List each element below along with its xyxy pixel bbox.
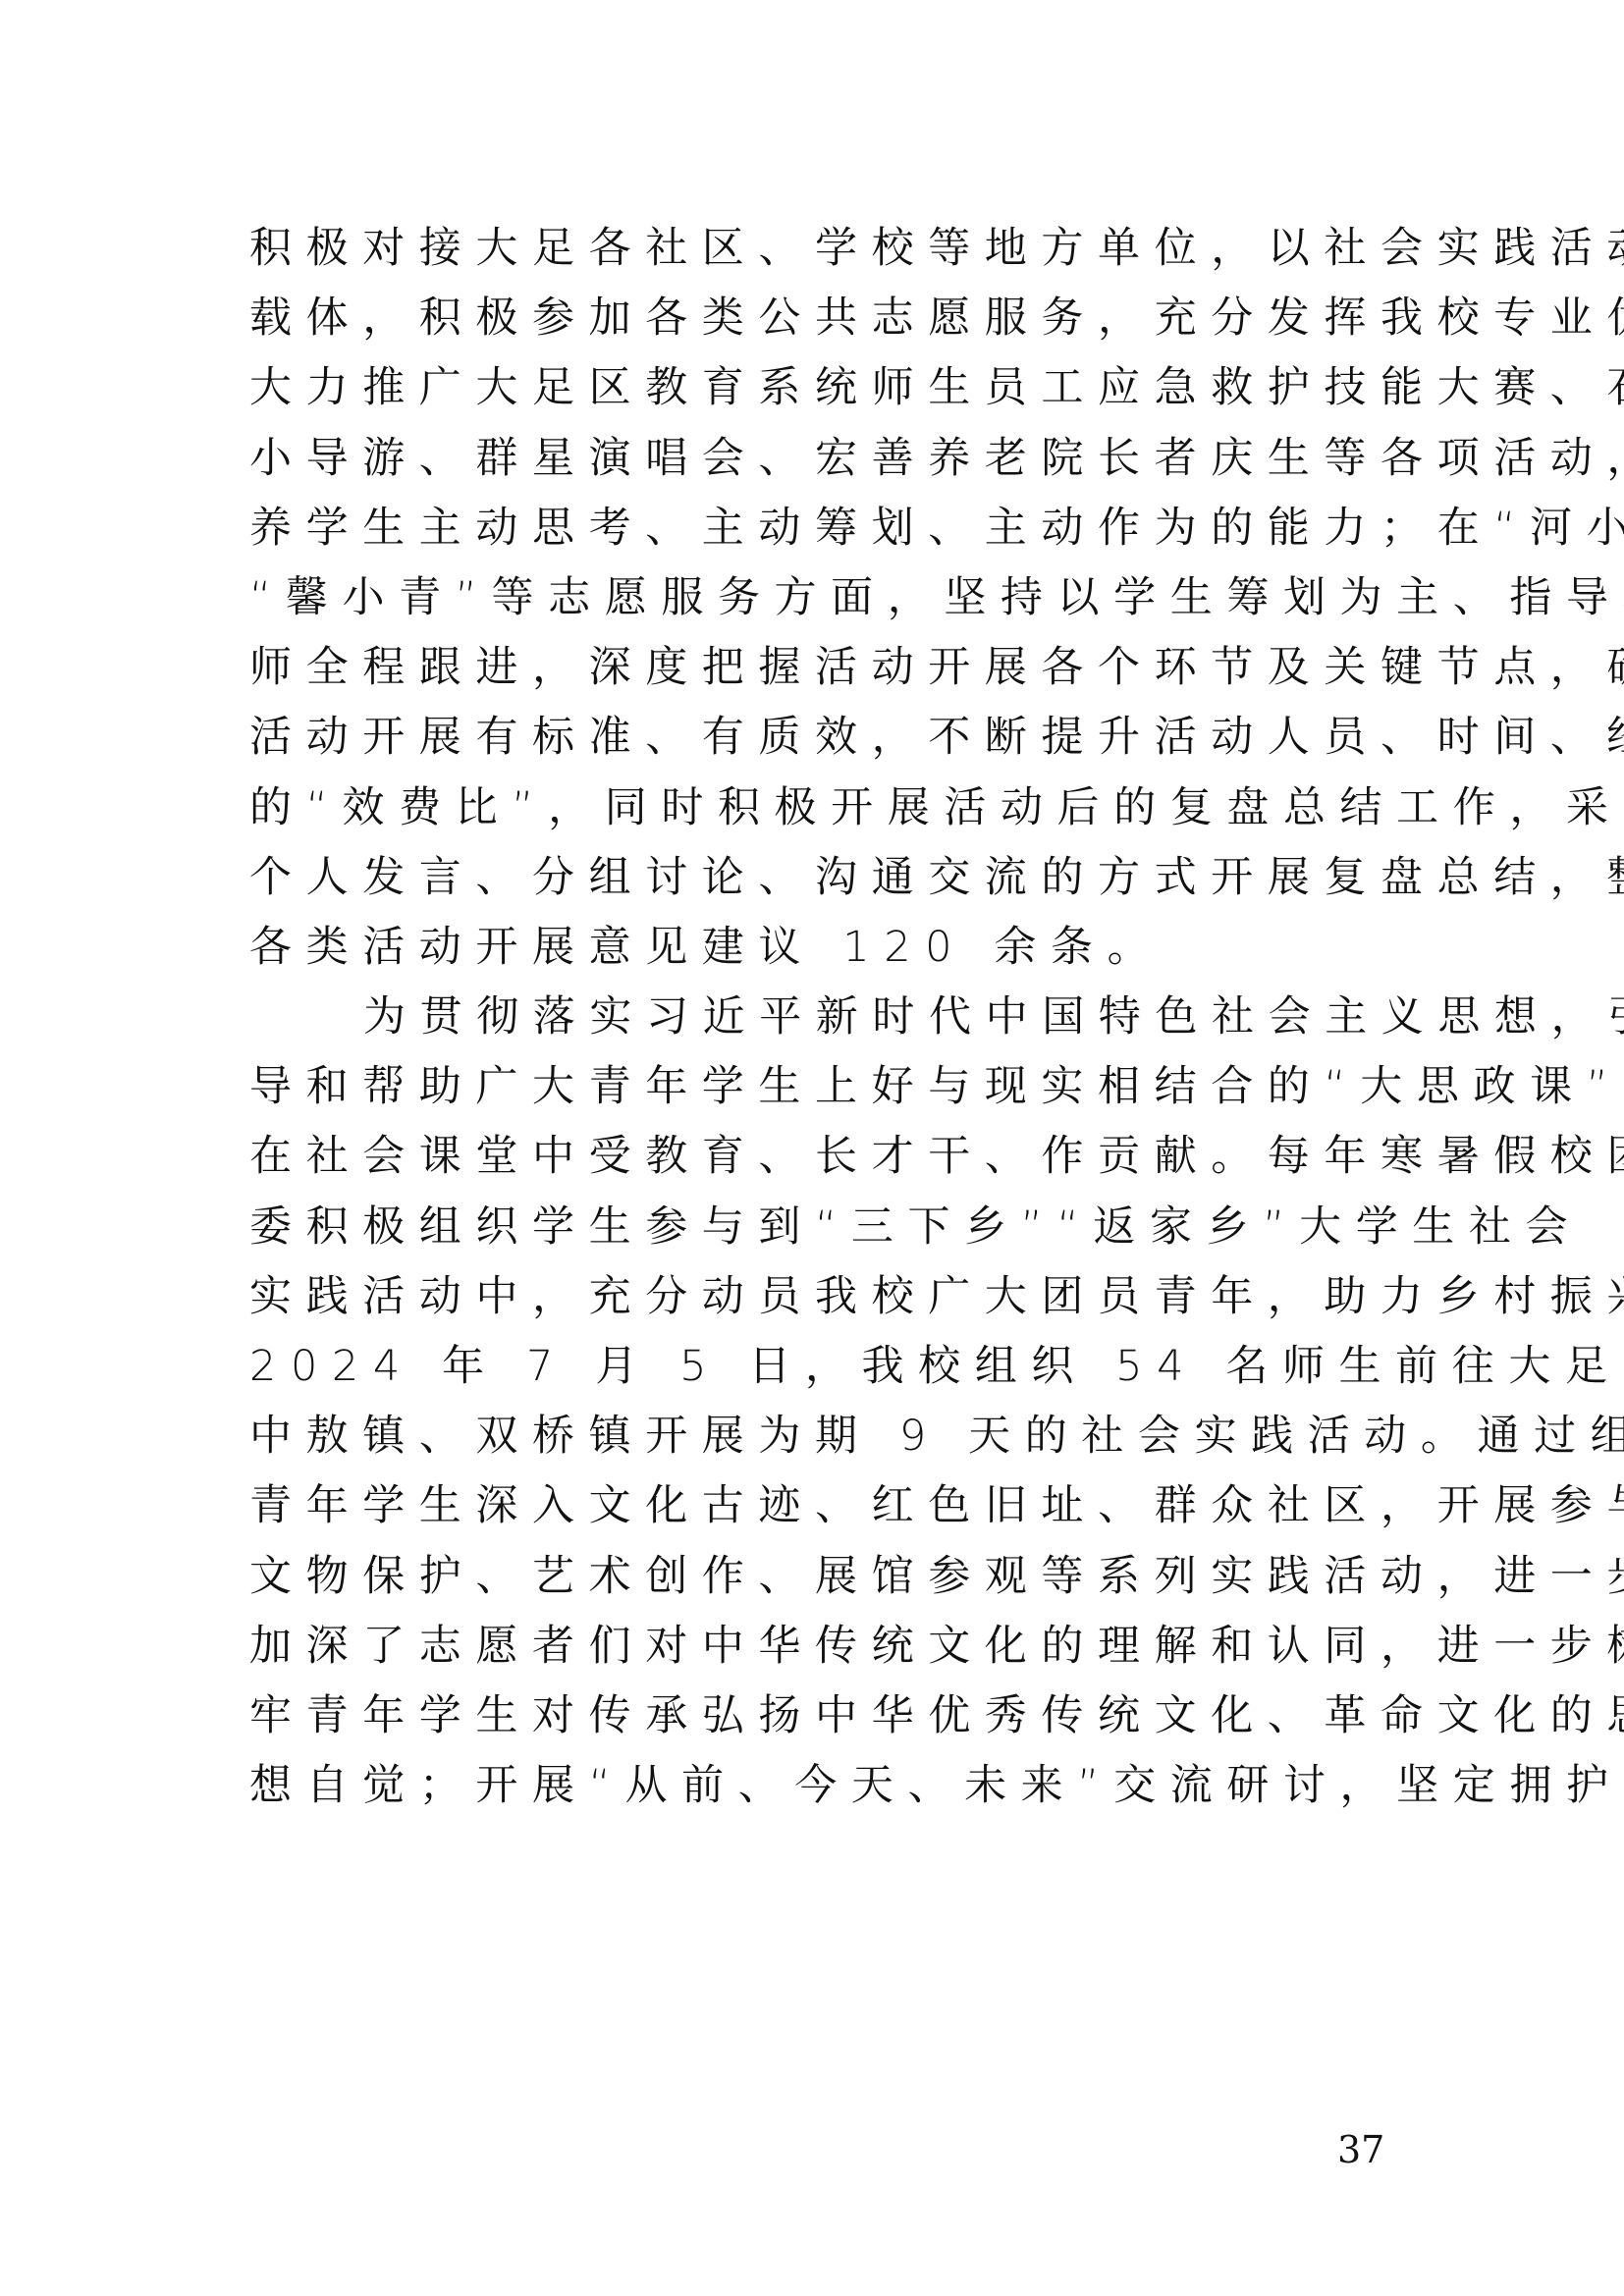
- text-line: “馨小青”等志愿服务方面，坚持以学生筹划为主、指导老: [249, 563, 1390, 633]
- text-line: 小导游、群星演唱会、宏善养老院长者庆生等各项活动，培: [249, 424, 1390, 494]
- body-text: 积极对接大足各社区、学校等地方单位，以社会实践活动为 载体，积极参加各类公共志愿…: [249, 214, 1390, 1821]
- paragraph-2: 为贯彻落实习近平新时代中国特色社会主义思想，引 导和帮助广大青年学生上好与现实相…: [249, 983, 1390, 1821]
- text-line: 载体，积极参加各类公共志愿服务，充分发挥我校专业优势，: [249, 284, 1390, 353]
- text-line: 的“效费比”，同时积极开展活动后的复盘总结工作，采取: [249, 774, 1390, 843]
- text-line: 加深了志愿者们对中华传统文化的理解和认同，进一步树: [249, 1612, 1390, 1682]
- text-line: 在社会课堂中受教育、长才干、作贡献。每年寒暑假校团: [249, 1122, 1390, 1192]
- text-line: 青年学生深入文化古迹、红色旧址、群众社区，开展参与: [249, 1471, 1390, 1541]
- text-line: 个人发言、分组讨论、沟通交流的方式开展复盘总结，整理: [249, 843, 1390, 913]
- text-line: 师全程跟进，深度把握活动开展各个环节及关键节点，确保: [249, 633, 1390, 703]
- text-line: 牢青年学生对传承弘扬中华优秀传统文化、革命文化的思: [249, 1682, 1390, 1751]
- text-line: 大力推广大足区教育系统师生员工应急救护技能大赛、石刻: [249, 353, 1390, 423]
- document-page: 积极对接大足各社区、学校等地方单位，以社会实践活动为 载体，积极参加各类公共志愿…: [0, 0, 1624, 2296]
- text-line: 积极对接大足各社区、学校等地方单位，以社会实践活动为: [249, 214, 1390, 284]
- text-line: 导和帮助广大青年学生上好与现实相结合的“大思政课”，: [249, 1052, 1390, 1122]
- page-number: 37: [1337, 2128, 1384, 2171]
- text-line: 养学生主动思考、主动筹划、主动作为的能力；在“河小青”: [249, 494, 1390, 563]
- paragraph-1: 积极对接大足各社区、学校等地方单位，以社会实践活动为 载体，积极参加各类公共志愿…: [249, 214, 1390, 983]
- text-line: 中敖镇、双桥镇开展为期 9 天的社会实践活动。通过组织: [249, 1402, 1390, 1471]
- text-line: 2024 年 7 月 5 日，我校组织 54 名师生前往大足区宝顶镇、: [249, 1332, 1390, 1402]
- text-line: 各类活动开展意见建议 120 余条。: [249, 913, 1390, 983]
- text-line: 为贯彻落实习近平新时代中国特色社会主义思想，引: [249, 983, 1390, 1052]
- text-line: 文物保护、艺术创作、展馆参观等系列实践活动，进一步: [249, 1542, 1390, 1612]
- text-line: 想自觉；开展“从前、今天、未来”交流研讨，坚定拥护: [249, 1751, 1390, 1821]
- text-line: 活动开展有标准、有质效，不断提升活动人员、时间、经费: [249, 703, 1390, 773]
- text-line: 实践活动中，充分动员我校广大团员青年，助力乡村振兴。: [249, 1262, 1390, 1332]
- text-line: 委积极组织学生参与到“三下乡”“返家乡”大学生社会: [249, 1193, 1390, 1262]
